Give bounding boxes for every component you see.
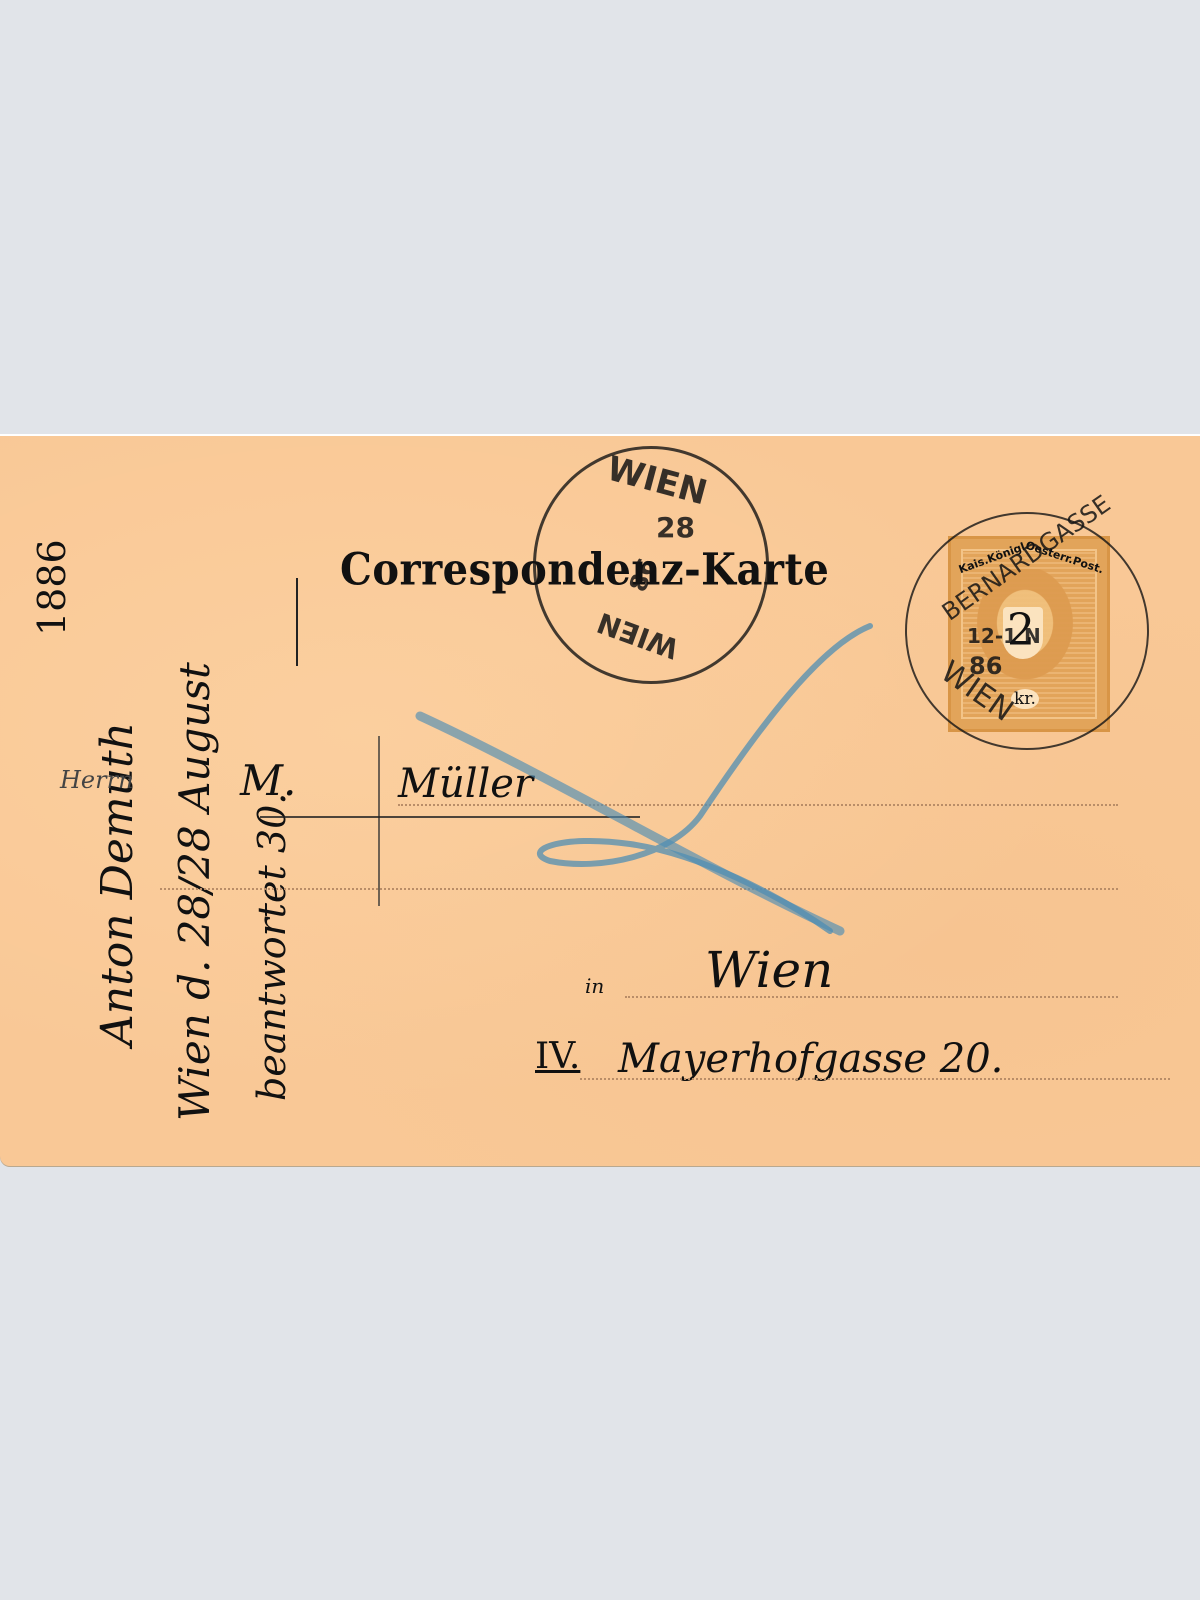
street: Mayerhofgasse 20.: [618, 1036, 1003, 1082]
recipient-surname: Müller: [398, 761, 533, 807]
postmark-wien: WIEN WIEN 28 86: [533, 446, 769, 684]
year-note: 1886: [30, 539, 74, 636]
postmark-bernardgasse: BERNARDGASSE WIEN 12-1 N 86: [905, 512, 1149, 750]
postcard: Correspondenz-Karte 1886 Anton Demuth Wi…: [0, 434, 1200, 1166]
postmark-day: 28: [656, 511, 695, 544]
postmark-top-text: BERNARDGASSE: [937, 490, 1116, 627]
date-note: Wien d. 28/28 August: [170, 662, 219, 1121]
address-line-1: [398, 804, 1118, 806]
pencil-divider: [378, 736, 380, 906]
district: IV.: [535, 1036, 580, 1077]
salutation: Herrn: [60, 766, 134, 794]
dash-mark: [296, 578, 298, 666]
address-line-4: [580, 1078, 1170, 1080]
postmark-year: 86: [624, 555, 662, 596]
in-label: in: [585, 974, 604, 998]
recipient-initial: M.: [240, 756, 296, 805]
address-line-3: [625, 996, 1118, 998]
city: Wien: [705, 941, 833, 999]
postmark-year: 86: [969, 652, 1002, 680]
postmark-time: 12-1 N: [967, 624, 1041, 648]
underline-squiggle: [260, 816, 640, 818]
postmark-top-text: WIEN: [603, 449, 712, 514]
postmark-bottom-text: WIEN: [593, 606, 683, 666]
answered-note: beantwortet 30.: [250, 793, 294, 1101]
address-line-2: [160, 888, 1118, 890]
